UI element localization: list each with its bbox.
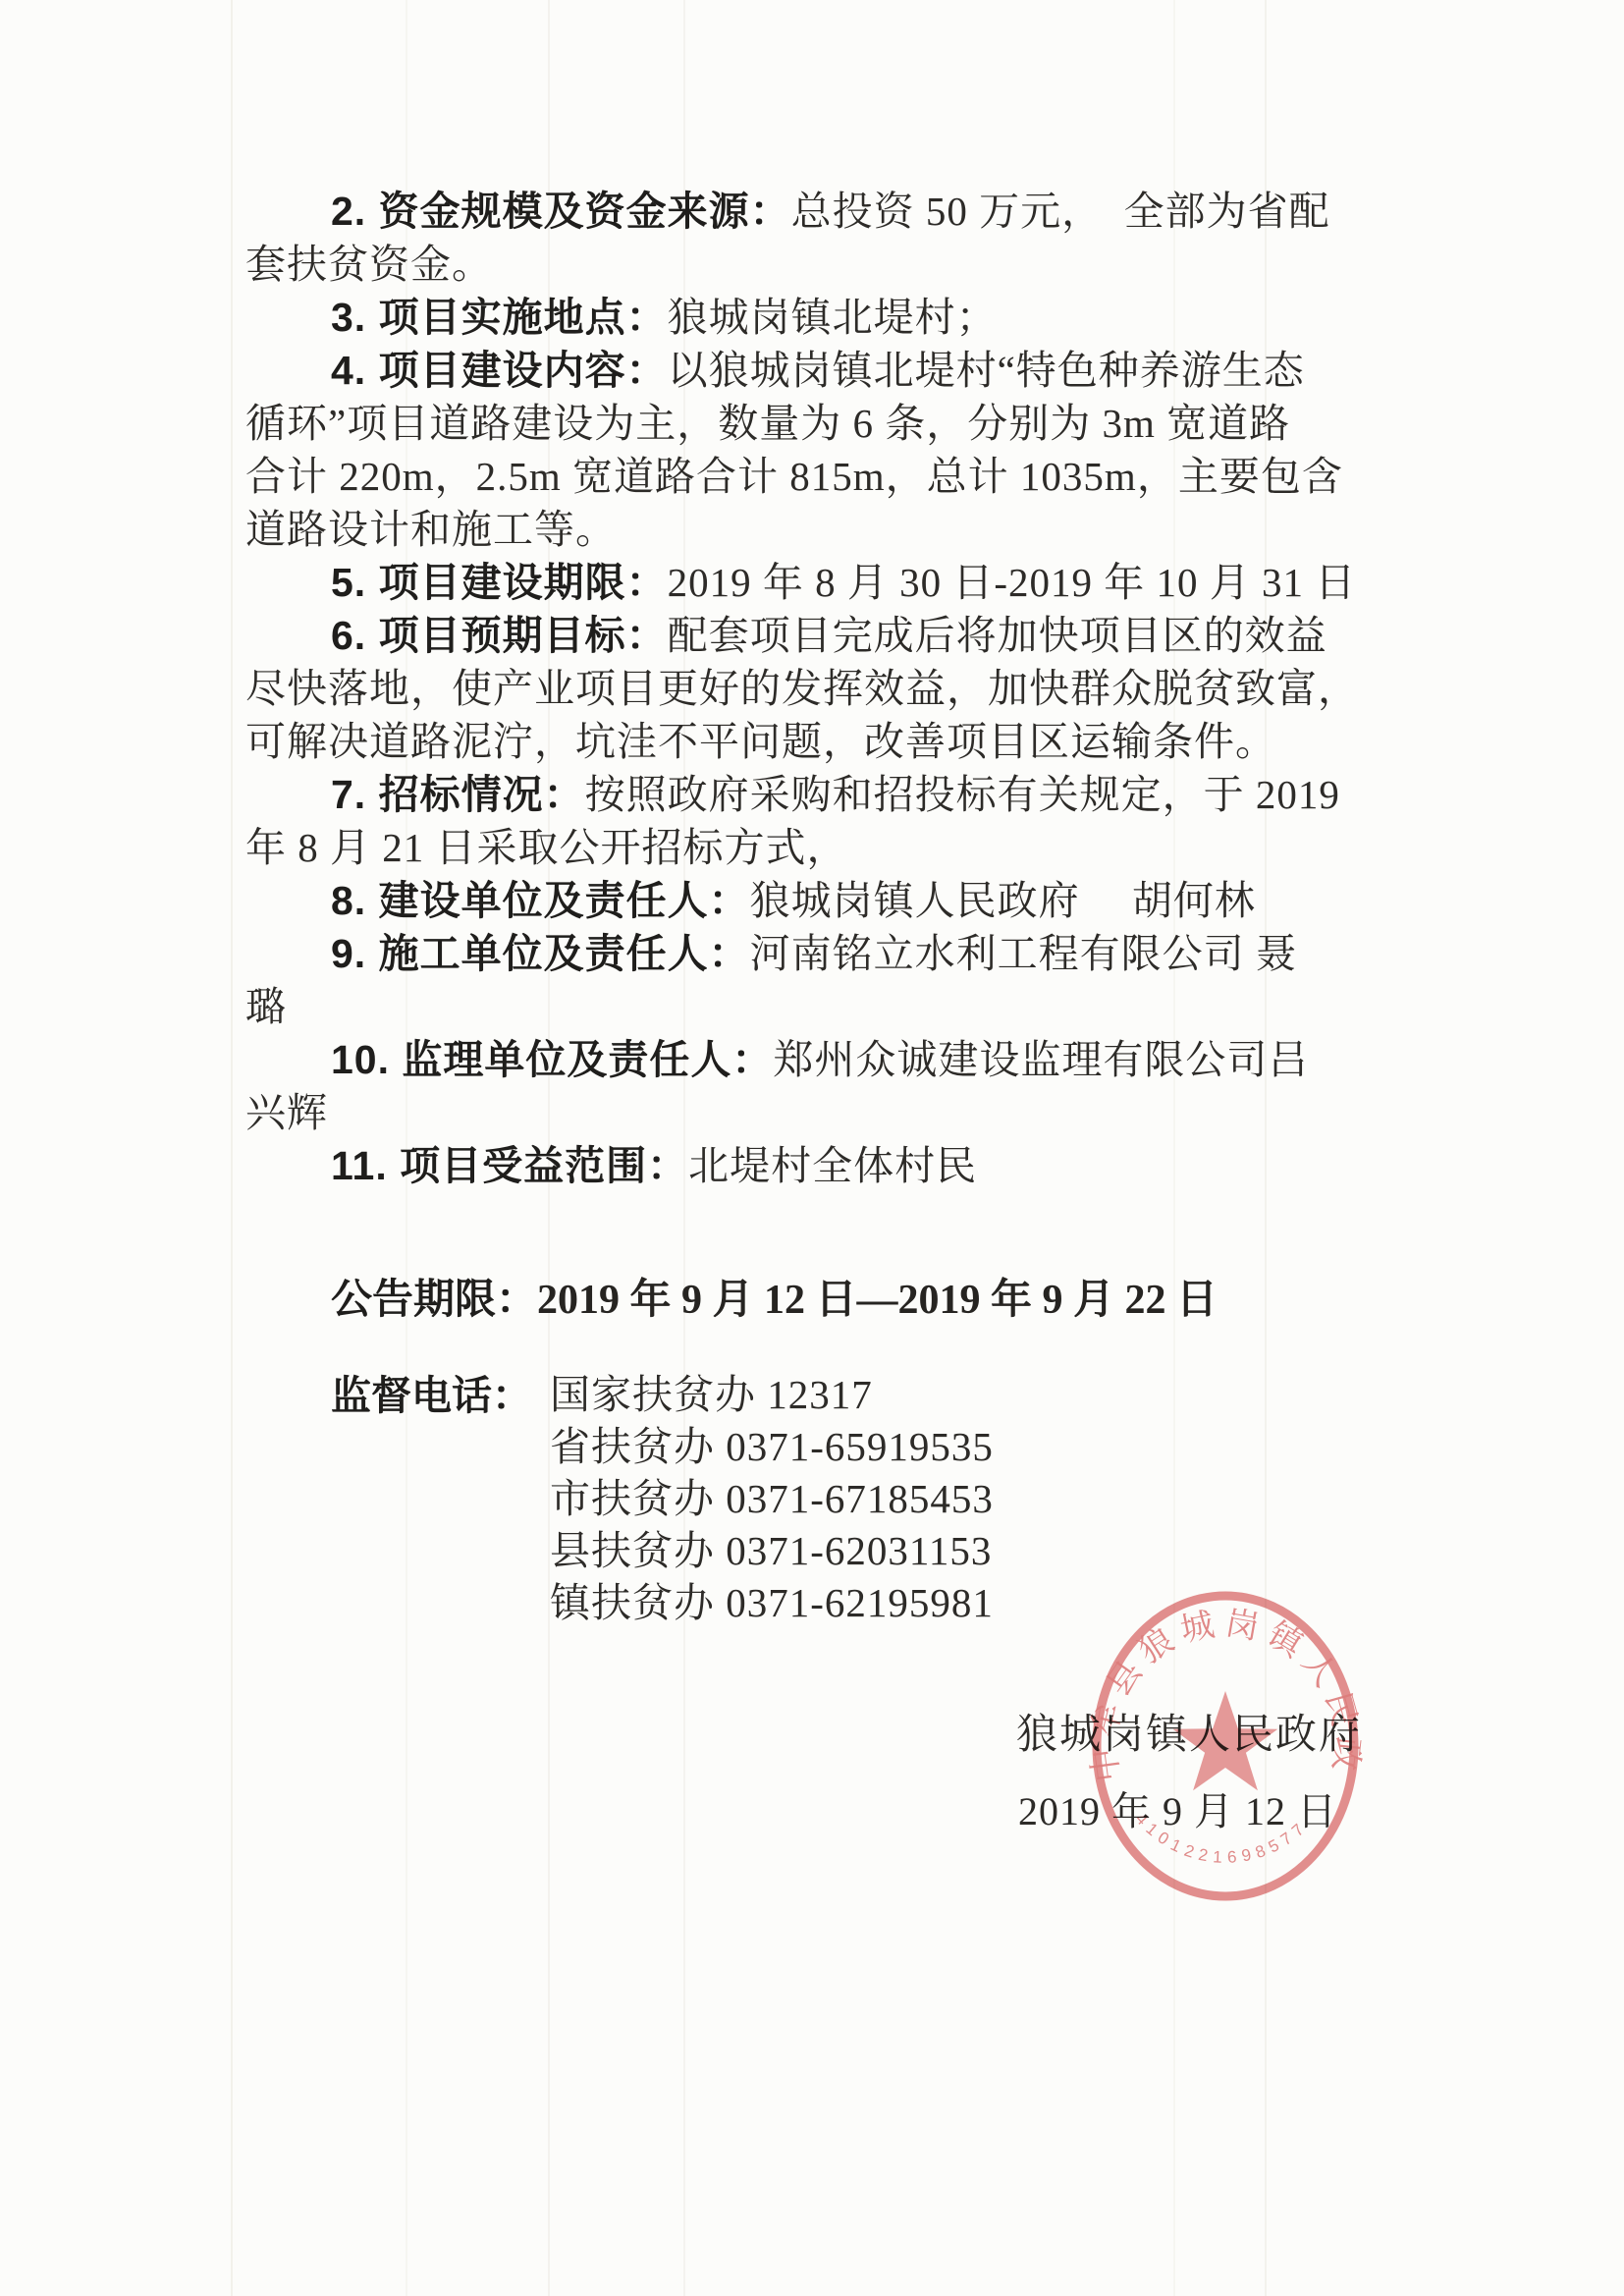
item-text: 狼城岗镇北堤村； bbox=[668, 295, 998, 340]
item-label: 3. 项目实施地点： bbox=[331, 295, 668, 340]
notice-period-line: 公告期限：2019 年 9 月 12 日—2019 年 9 月 22 日 bbox=[245, 1273, 1409, 1326]
document-body: 2. 资金规模及资金来源：总投资 50 万元， 全部为省配 套扶贫资金。 3. … bbox=[245, 185, 1409, 1629]
item-label: 2. 资金规模及资金来源： bbox=[331, 189, 791, 234]
hotline-item: 省扶贫办 0371-65919535 bbox=[550, 1421, 994, 1473]
body-line: 3. 项目实施地点：狼城岗镇北堤村； bbox=[245, 291, 1409, 344]
supervision-hotlines: 监督电话： 国家扶贫办 12317 省扶贫办 0371-65919535 市扶贫… bbox=[245, 1369, 1409, 1629]
item-label: 8. 建设单位及责任人： bbox=[331, 878, 750, 923]
item-label: 6. 项目预期目标： bbox=[331, 613, 668, 658]
signature-date: 2019 年 9 月 12 日 bbox=[1018, 1780, 1337, 1836]
item-label: 10. 监理单位及责任人： bbox=[331, 1037, 773, 1082]
paper-crease bbox=[231, 0, 233, 2296]
hotline-item: 市扶贫办 0371-67185453 bbox=[550, 1473, 994, 1525]
body-line: 8. 建设单位及责任人：狼城岗镇人民政府 胡何林 bbox=[245, 874, 1409, 927]
item-label: 7. 招标情况： bbox=[331, 772, 585, 817]
body-line: 兴辉 bbox=[245, 1086, 1409, 1139]
item-label: 4. 项目建设内容： bbox=[331, 348, 668, 393]
item-text: 合计 220m，2.5m 宽道路合计 815m，总计 1035m，主要包含 bbox=[245, 454, 1343, 499]
item-text: 以狼城岗镇北堤村“特色种养游生态 bbox=[668, 348, 1305, 393]
body-line: 11. 项目受益范围：北堤村全体村民 bbox=[245, 1139, 1409, 1192]
body-line: 9. 施工单位及责任人：河南铭立水利工程有限公司 聂 bbox=[245, 927, 1409, 980]
item-label: 9. 施工单位及责任人： bbox=[331, 931, 750, 976]
item-text: 郑州众诚建设监理有限公司吕 bbox=[773, 1037, 1309, 1082]
item-text: 循环”项目道路建设为主，数量为 6 条，分别为 3m 宽道路 bbox=[245, 401, 1290, 446]
item-text: 2019 年 8 月 30 日-2019 年 10 月 31 日 bbox=[668, 560, 1357, 605]
item-text: 按照政府采购和招投标有关规定，于 2019 bbox=[585, 772, 1340, 817]
body-line: 循环”项目道路建设为主，数量为 6 条，分别为 3m 宽道路 bbox=[245, 397, 1409, 450]
item-text: 狼城岗镇人民政府 胡何林 bbox=[750, 878, 1256, 923]
item-label: 5. 项目建设期限： bbox=[331, 560, 668, 605]
hotline-label: 监督电话： bbox=[245, 1369, 550, 1422]
item-text: 道路设计和施工等。 bbox=[245, 507, 617, 552]
body-line: 5. 项目建设期限：2019 年 8 月 30 日-2019 年 10 月 31… bbox=[245, 556, 1409, 609]
body-line: 年 8 月 21 日采取公开招标方式， bbox=[245, 821, 1409, 874]
item-text: 配套项目完成后将加快项目区的效益 bbox=[668, 613, 1327, 658]
item-text: 河南铭立水利工程有限公司 聂 bbox=[750, 931, 1297, 976]
body-line: 合计 220m，2.5m 宽道路合计 815m，总计 1035m，主要包含 bbox=[245, 450, 1409, 503]
body-line: 璐 bbox=[245, 980, 1409, 1033]
body-line: 4. 项目建设内容：以狼城岗镇北堤村“特色种养游生态 bbox=[245, 344, 1409, 397]
signature-organization: 狼城岗镇人民政府 bbox=[1016, 1702, 1362, 1761]
body-line: 10. 监理单位及责任人：郑州众诚建设监理有限公司吕 bbox=[245, 1033, 1409, 1086]
body-line: 6. 项目预期目标：配套项目完成后将加快项目区的效益 bbox=[245, 609, 1409, 662]
notice-period-value: 2019 年 9 月 12 日—2019 年 9 月 22 日 bbox=[537, 1278, 1218, 1323]
hotline-item: 县扶贫办 0371-62031153 bbox=[550, 1525, 994, 1577]
body-line: 尽快落地，使产业项目更好的发挥效益，加快群众脱贫致富， bbox=[245, 662, 1409, 715]
body-line: 套扶贫资金。 bbox=[245, 238, 1409, 291]
item-text: 尽快落地，使产业项目更好的发挥效益，加快群众脱贫致富， bbox=[245, 666, 1359, 711]
item-text: 总投资 50 万元， 全部为省配 bbox=[791, 189, 1330, 234]
item-text: 璐 bbox=[245, 984, 287, 1029]
body-line: 7. 招标情况：按照政府采购和招投标有关规定，于 2019 bbox=[245, 768, 1409, 821]
notice-period-label: 公告期限： bbox=[331, 1276, 537, 1322]
item-text: 兴辉 bbox=[245, 1090, 328, 1135]
item-text: 套扶贫资金。 bbox=[245, 242, 493, 287]
item-text: 可解决道路泥泞，坑洼不平问题，改善项目区运输条件。 bbox=[245, 719, 1276, 764]
hotline-item: 国家扶贫办 12317 bbox=[550, 1369, 994, 1421]
item-label: 11. 项目受益范围： bbox=[331, 1143, 688, 1188]
hotline-list: 国家扶贫办 12317 省扶贫办 0371-65919535 市扶贫办 0371… bbox=[550, 1369, 994, 1629]
item-text: 北堤村全体村民 bbox=[688, 1143, 977, 1188]
hotline-item: 镇扶贫办 0371-62195981 bbox=[550, 1577, 994, 1629]
body-line: 道路设计和施工等。 bbox=[245, 503, 1409, 556]
item-text: 年 8 月 21 日采取公开招标方式， bbox=[245, 825, 848, 870]
body-line: 可解决道路泥泞，坑洼不平问题，改善项目区运输条件。 bbox=[245, 715, 1409, 768]
body-line: 2. 资金规模及资金来源：总投资 50 万元， 全部为省配 bbox=[245, 185, 1409, 238]
